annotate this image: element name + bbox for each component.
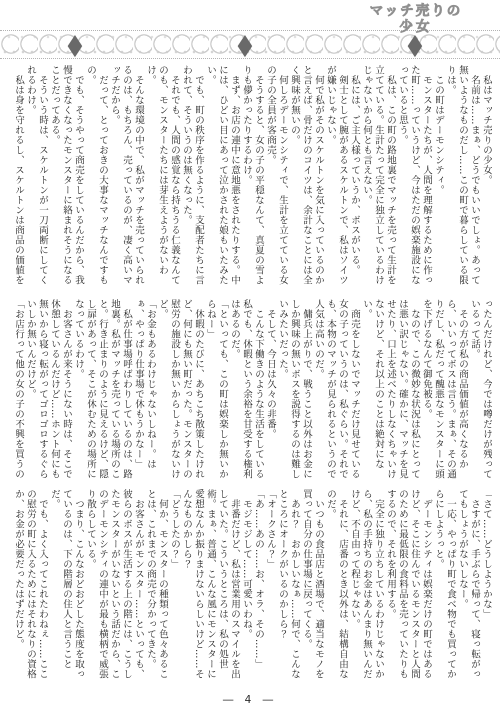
- paragraph: それに、店番のとき以外は、結構自由なのだ。: [324, 489, 348, 687]
- paragraph: モンスターたちが、人間を理解するために作った町……っていうけど、今はただの娯楽施…: [396, 65, 432, 287]
- paragraph: 傭兵上がりで、戦うこと以外はお金にしか興味の無いボスを説得するのは難しいみたいだ…: [276, 299, 312, 482]
- paragraph: 剣士として腕があるスケルトンで、私はソイツが嫌いじゃない。: [324, 65, 348, 287]
- paragraph: 私は、この町の路地裏でマッチを売って生計を立てている。生計たって完全に独立してい…: [360, 65, 396, 287]
- paragraph: さすがに、手ぶらで帰って、寝っ転がってもしょうがないしなー。: [456, 489, 480, 687]
- paragraph: そうすると、女の子の平穏なんて、真夏の雪よりも儚かったりするわけ。: [240, 65, 264, 287]
- paragraph: 私は身を守れるし、スケルトンは商品の価値を下げないようにすることができる。: [16, 65, 24, 287]
- paragraph: 「あ……あの……お、オラ、その……」: [252, 489, 264, 687]
- paragraph: 「さて……どうしようかな」: [480, 489, 492, 687]
- paragraph: つまり、こんなおどおどした態度を取っているのは、下の階層の住人と言うことだ。: [48, 489, 84, 687]
- paragraph: その方が私の商品価値が高くなるから、いいってボスは言う。まぁ、その通りだし、私だ…: [420, 299, 468, 482]
- paragraph: 「お店行って他の女の子の不興を買うのは面白くないねぇ……」: [16, 299, 24, 482]
- paragraph: それでも、人間の感覚なら持ちうる仁義なんてのも、モンスターたちには芽生えようがな…: [144, 65, 180, 287]
- paragraph: お客さんがモンスター……といっても、彼らのボスが生活する上の階には、こうしたモン…: [84, 489, 144, 687]
- text-band-top: 私はマッチ売りの少女。 名前は……まぁ、どうでもいいでしょ。あって無いようなもの…: [16, 65, 492, 287]
- title-line-1: マッチ売りの: [370, 3, 462, 19]
- paragraph: お客さんが来そうにない時は、そこで休憩しているんだけど……ホント何にも無いから寝…: [24, 299, 72, 482]
- paragraph: 一応、やっぱり町で食べ物でも買ってからにしようっと。: [432, 489, 456, 687]
- paragraph: 何か、モンスターの種類って色々あることは、これまでの商売で分かってきた。: [144, 489, 168, 687]
- page-header-title: マッチ売りの 少女: [356, 3, 476, 35]
- page-number: ― 4 ―: [0, 694, 500, 706]
- paragraph: いつもの食品店と酒場で、適当なモノを買って自分の仕事場に戻ってくる。: [300, 489, 324, 687]
- paragraph: この町はデーモンシティ。: [432, 65, 444, 287]
- diamond-ornament-icon: ◆: [68, 29, 82, 57]
- text-band-middle: ったんだけれど、今では噂だけが残っているって話。 その方が私の商品価値が高くなる…: [16, 299, 492, 482]
- paragraph: でも、よく入ってこれたわねぇ……ここの慰労の町に入るためにはそれなりの資格か、お…: [16, 489, 48, 687]
- paragraph: モジモジして……可愛いわね。: [240, 489, 252, 687]
- paragraph: 何で私がそのスケルトンを気に入っているのかと言えば、骨だけのコイツは、余計なこと…: [288, 65, 324, 287]
- diamond-ornament-icon: ◆: [238, 29, 252, 57]
- paragraph: 商売をしないでマッチだけ見せている女の子っていうのは、私ぐらい。それでも、本物の…: [312, 299, 360, 482]
- paragraph: そういう時は、スケルトンが一刀両断にしてくれるわけ。: [24, 65, 48, 287]
- paragraph: そして、今日は久々の非番。: [264, 299, 276, 482]
- paragraph: 休暇のたびに、あちこち散策したけれど、何にも無い町だった。モンスターの慰労の施設…: [156, 299, 204, 482]
- paragraph: 名前は……まぁ、どうでもいいでしょ。あって無いようなものだし……この町で暮らして…: [444, 65, 480, 287]
- paragraph: デーモンシティは娯楽だけの町ではあるけど、そこに住んでいるモンスターと人間のため…: [384, 489, 432, 687]
- paragraph: 何しろデーモンシティで、生計を立てている女の子の全員が客商売。: [264, 65, 288, 287]
- paragraph: なので、この微妙な状況は私にとっては悪い訳じゃない。確かに、マッチを見せたり、口…: [360, 299, 420, 482]
- paragraph: でも、そうやって商売をしているんだから、我慢できなくなったモンスターに絡まれそう…: [48, 65, 84, 287]
- paragraph: そんな環境の中で、私がマッチを売っていられるのは、もちろん、売っているのが、凄く…: [108, 65, 144, 287]
- paragraph: ったんだけれど、今では噂だけが残っているって話。: [468, 299, 492, 482]
- title-line-2: 少女: [356, 19, 476, 35]
- paragraph: 「オークさん？」: [264, 489, 276, 687]
- book-page: マッチ売りの 少女 ◆ ◆ ◆ 私はマッチ売りの少女。 名前は……まぁ、どうでも…: [0, 0, 500, 711]
- paragraph: こんな下働きのような生活をしている私でも、休暇という余裕を甘受する権利はあるのだ…: [228, 299, 264, 482]
- paragraph: 「どうしたの？」: [168, 489, 180, 687]
- paragraph: でも、町の秩序を作るように、支配者たちに言われて、そういうのは無くなった。: [180, 65, 204, 287]
- paragraph: 完全に独り立ちしているわけじゃないから、私の手持ちのお金はあんまり無いんだけど、…: [348, 489, 384, 687]
- paragraph: 「お金もあるわけじゃないしねー。はぁ、やっぱり仕事場で休もうかなー」: [132, 299, 156, 482]
- text-band-bottom: 「さて……どうしようかな」 さすがに、手ぶらで帰って、寝っ転がってもしょうがない…: [16, 489, 492, 687]
- paragraph: まず、お店の連中に意地悪をされたりする。中には、ひどい目にあって泣かされた娘もい…: [204, 65, 240, 287]
- paragraph: 私が仕事場呼ばわりしているのは、路地裏。私がマッチを売っている場所のこと。行き止…: [72, 299, 132, 482]
- paragraph: だって、とっておきの大事なマッチなんですもの。: [84, 65, 108, 287]
- paragraph: 「といっても、この町は娯楽しか無いからねー」: [204, 299, 228, 482]
- paragraph: 私には、ご主人様っていうか、ボスがいる。: [348, 65, 360, 287]
- paragraph: 私はマッチ売りの少女。: [480, 65, 492, 287]
- paragraph: あれ？ おかしいなぁ……何で、こんなところにオークがいるのかしら？: [276, 489, 300, 687]
- paragraph: 非番だけど、私は営業用のスマイルを出していた。こういうところは、私の処世術。まぁ…: [180, 489, 240, 687]
